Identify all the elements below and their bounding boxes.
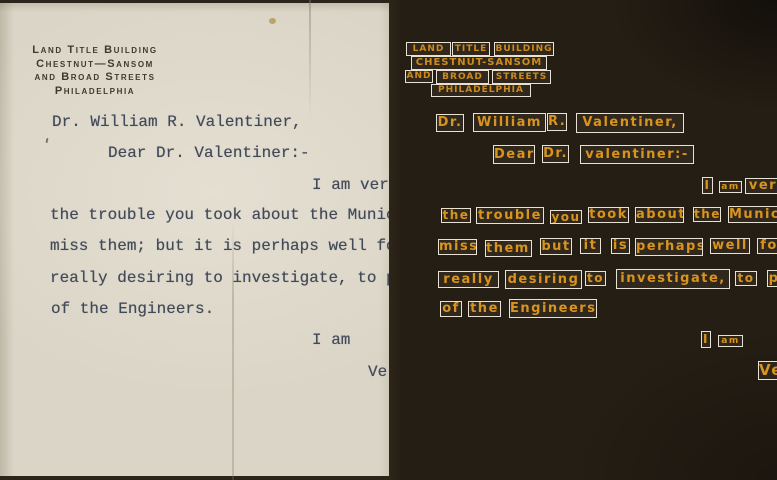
typed-line-0: Dr. William R. Valentiner, [52,113,302,131]
ocr-word-box: to [585,271,606,286]
letterhead-line-2: Chestnut—Sansom [25,58,165,72]
ocr-word-box: Dr. [436,114,464,132]
scanned-letter-original: Land Title Building Chestnut—Sansom and … [0,0,389,480]
letterhead: Land Title Building Chestnut—Sansom and … [25,44,165,98]
typed-line-8: Ve [368,363,387,381]
typed-line-5: really desiring to investigate, to p [50,269,389,287]
ocr-word-box: LAND [406,42,451,56]
paper-crease [232,220,234,480]
ocr-word-box: you [550,210,582,224]
scan-edge-top [0,0,389,3]
letterhead-line-3: and Broad Streets [25,71,165,85]
ocr-word-box: took [588,207,629,223]
ocr-word-box: ver [745,178,777,194]
ocr-word-box: fo [757,238,777,254]
paper-mark [46,138,49,143]
ocr-word-box: of [440,301,462,317]
ocr-word-box: Munic [728,206,777,223]
ocr-word-box: the [441,208,471,223]
scan-edge-bottom [0,476,389,480]
ocr-word-box: Valentiner, [576,113,684,133]
ocr-word-box: BUILDING [494,42,554,56]
ocr-word-box: valentiner:- [580,145,694,164]
ocr-word-box: I [702,177,713,194]
ocr-word-box: STREETS [492,70,551,84]
typed-line-2: I am ver [312,176,389,194]
ocr-word-box: am [719,181,742,193]
ocr-word-box: William [473,113,546,132]
typed-line-4: miss them; but it is perhaps well fo [50,237,389,255]
ocr-word-box: R. [547,113,567,131]
paper-crease [309,0,311,120]
ocr-word-box: about [635,207,684,223]
ocr-word-box: investigate, [616,269,730,289]
ocr-word-box: desiring [505,270,582,289]
typed-line-3: the trouble you took about the Munic [50,206,389,224]
ocr-word-box: it [580,238,601,254]
ocr-word-box: AND [405,70,433,83]
typed-line-1: Dear Dr. Valentiner:- [108,144,310,162]
ocr-word-box: really [438,271,499,288]
ocr-word-box: I [701,331,711,348]
ocr-word-box: CHESTNUT-SANSOM [411,56,547,70]
ocr-word-box: perhaps [635,238,703,256]
ocr-word-box: p [767,270,777,287]
ocr-word-box: TITLE [452,42,490,56]
ocr-word-box: Engineers. [509,299,597,318]
ocr-word-box: BROAD [436,70,489,84]
ocr-word-box: is [611,238,630,254]
ocr-word-box: them; [485,240,532,257]
ocr-word-box: the [693,207,721,222]
ocr-word-box: am [718,335,743,347]
ocr-comparison-view: Land Title Building Chestnut—Sansom and … [0,0,777,480]
ocr-word-box: miss [438,239,477,255]
ocr-word-box: PHILADELPHIA [431,84,531,97]
ocr-word-box: trouble [476,207,544,224]
ocr-word-box: Ve [758,361,777,380]
letterhead-line-1: Land Title Building [25,44,165,58]
ocr-word-box: but [540,238,572,255]
typed-line-6: of the Engineers. [51,300,214,318]
letterhead-line-4: Philadelphia [25,85,165,99]
paper-stain [269,18,276,24]
ocr-word-box: to [735,271,757,286]
ocr-word-box: the [468,301,501,317]
ocr-word-box: Dr. [542,145,569,163]
ocr-inverted-view: LANDTITLEBUILDINGCHESTNUT-SANSOMANDBROAD… [389,0,777,480]
ocr-word-box: Dear [493,145,535,164]
typed-line-7: I am [312,331,350,349]
ocr-word-box: well [710,238,750,254]
